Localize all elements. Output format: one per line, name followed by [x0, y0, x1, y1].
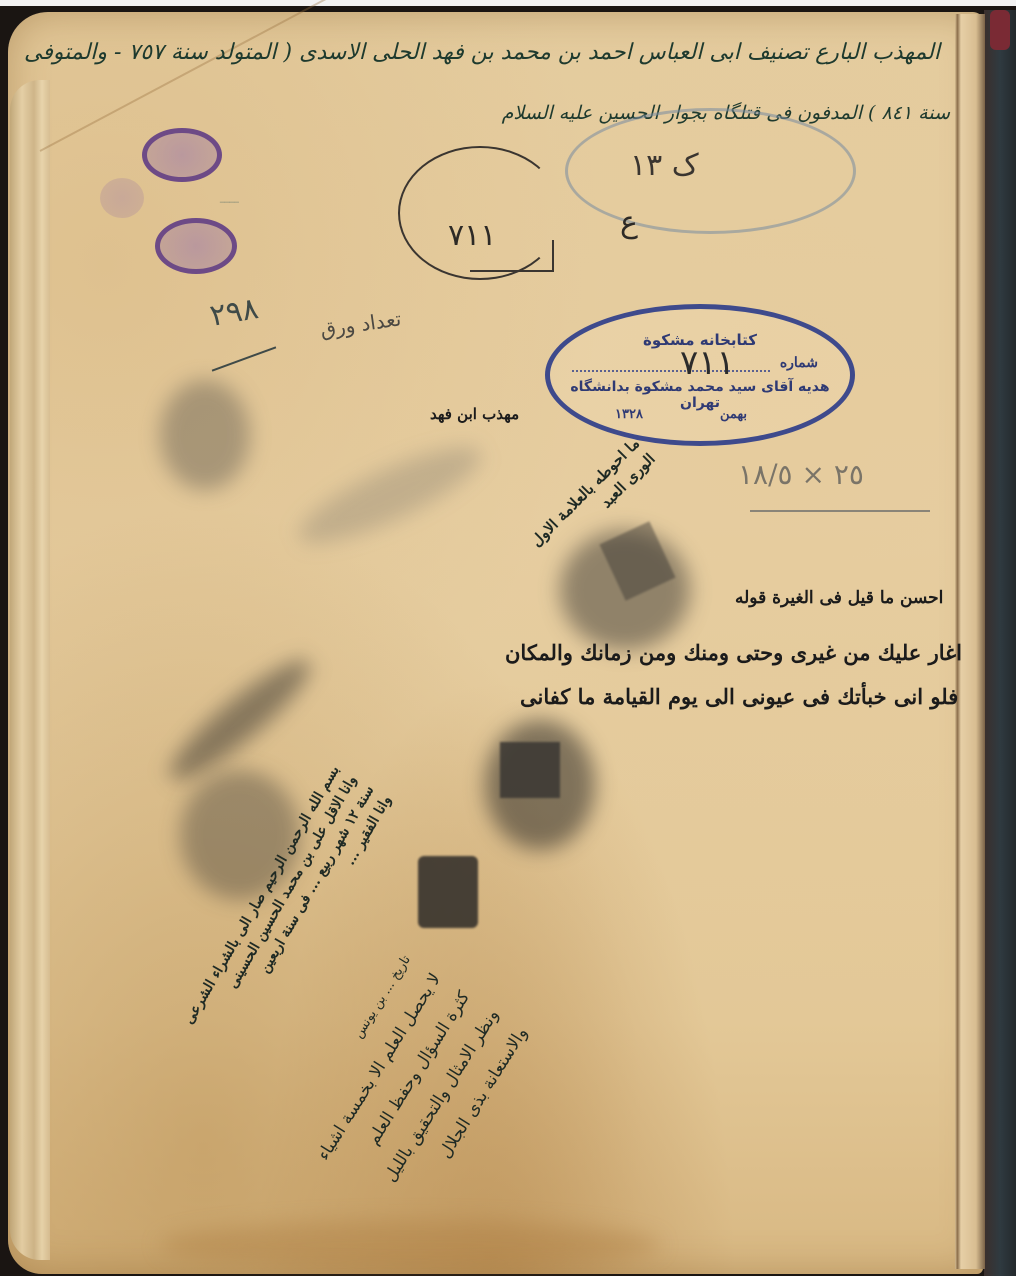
dimensions: ٢٥ × ١٨/٥	[738, 458, 864, 491]
shelf-code: ک ۱۳	[630, 148, 699, 183]
book-cover-edge	[984, 10, 1016, 1276]
faded-offset-text: ــــ	[220, 188, 239, 207]
faded-stamp-outline	[565, 108, 856, 234]
abbrev-mark: ع	[620, 205, 638, 240]
top-border	[0, 0, 1016, 6]
book-cover-corner	[990, 10, 1010, 50]
library-stamp: کتابخانه مشکوة شماره ٧١١ هدیه آقای سید م…	[545, 304, 855, 446]
square-seal-dark	[500, 742, 560, 798]
page-edge-left	[10, 80, 50, 1260]
purple-seal-3	[155, 218, 237, 274]
library-stamp-number: ٧١١	[680, 343, 735, 383]
header-note-line-1: المهذب البارع تصنيف ابى العباس احمد بن م…	[40, 40, 940, 65]
library-stamp-gift-line: هدیه آقای سید محمد مشکوة بدانشگاه تهران	[550, 379, 850, 411]
library-stamp-year: ١٣٢٨	[615, 407, 643, 422]
square-seal-ornate	[418, 856, 478, 928]
dimensions-underline	[750, 510, 930, 512]
water-stain	[160, 1220, 660, 1270]
library-stamp-dotted-line	[572, 370, 770, 372]
library-stamp-month: بهمن	[720, 407, 747, 422]
verse-line-1: اغار عليك من غيرى وحتى ومنك ومن زمانك وا…	[505, 640, 962, 665]
purple-seal-2	[100, 178, 144, 218]
verse-heading: احسن ما قيل فى الغيرة قوله	[735, 588, 943, 608]
purple-seal-1	[142, 128, 222, 182]
catalog-number: ٧١١	[448, 218, 496, 253]
library-stamp-number-label: شماره	[780, 355, 818, 371]
verse-line-2: فلو انى خبأتك فى عيونى الى يوم القيامة م…	[520, 684, 958, 709]
short-title: مهذب ابن فهد	[430, 405, 519, 423]
ink-smudge	[160, 380, 250, 490]
